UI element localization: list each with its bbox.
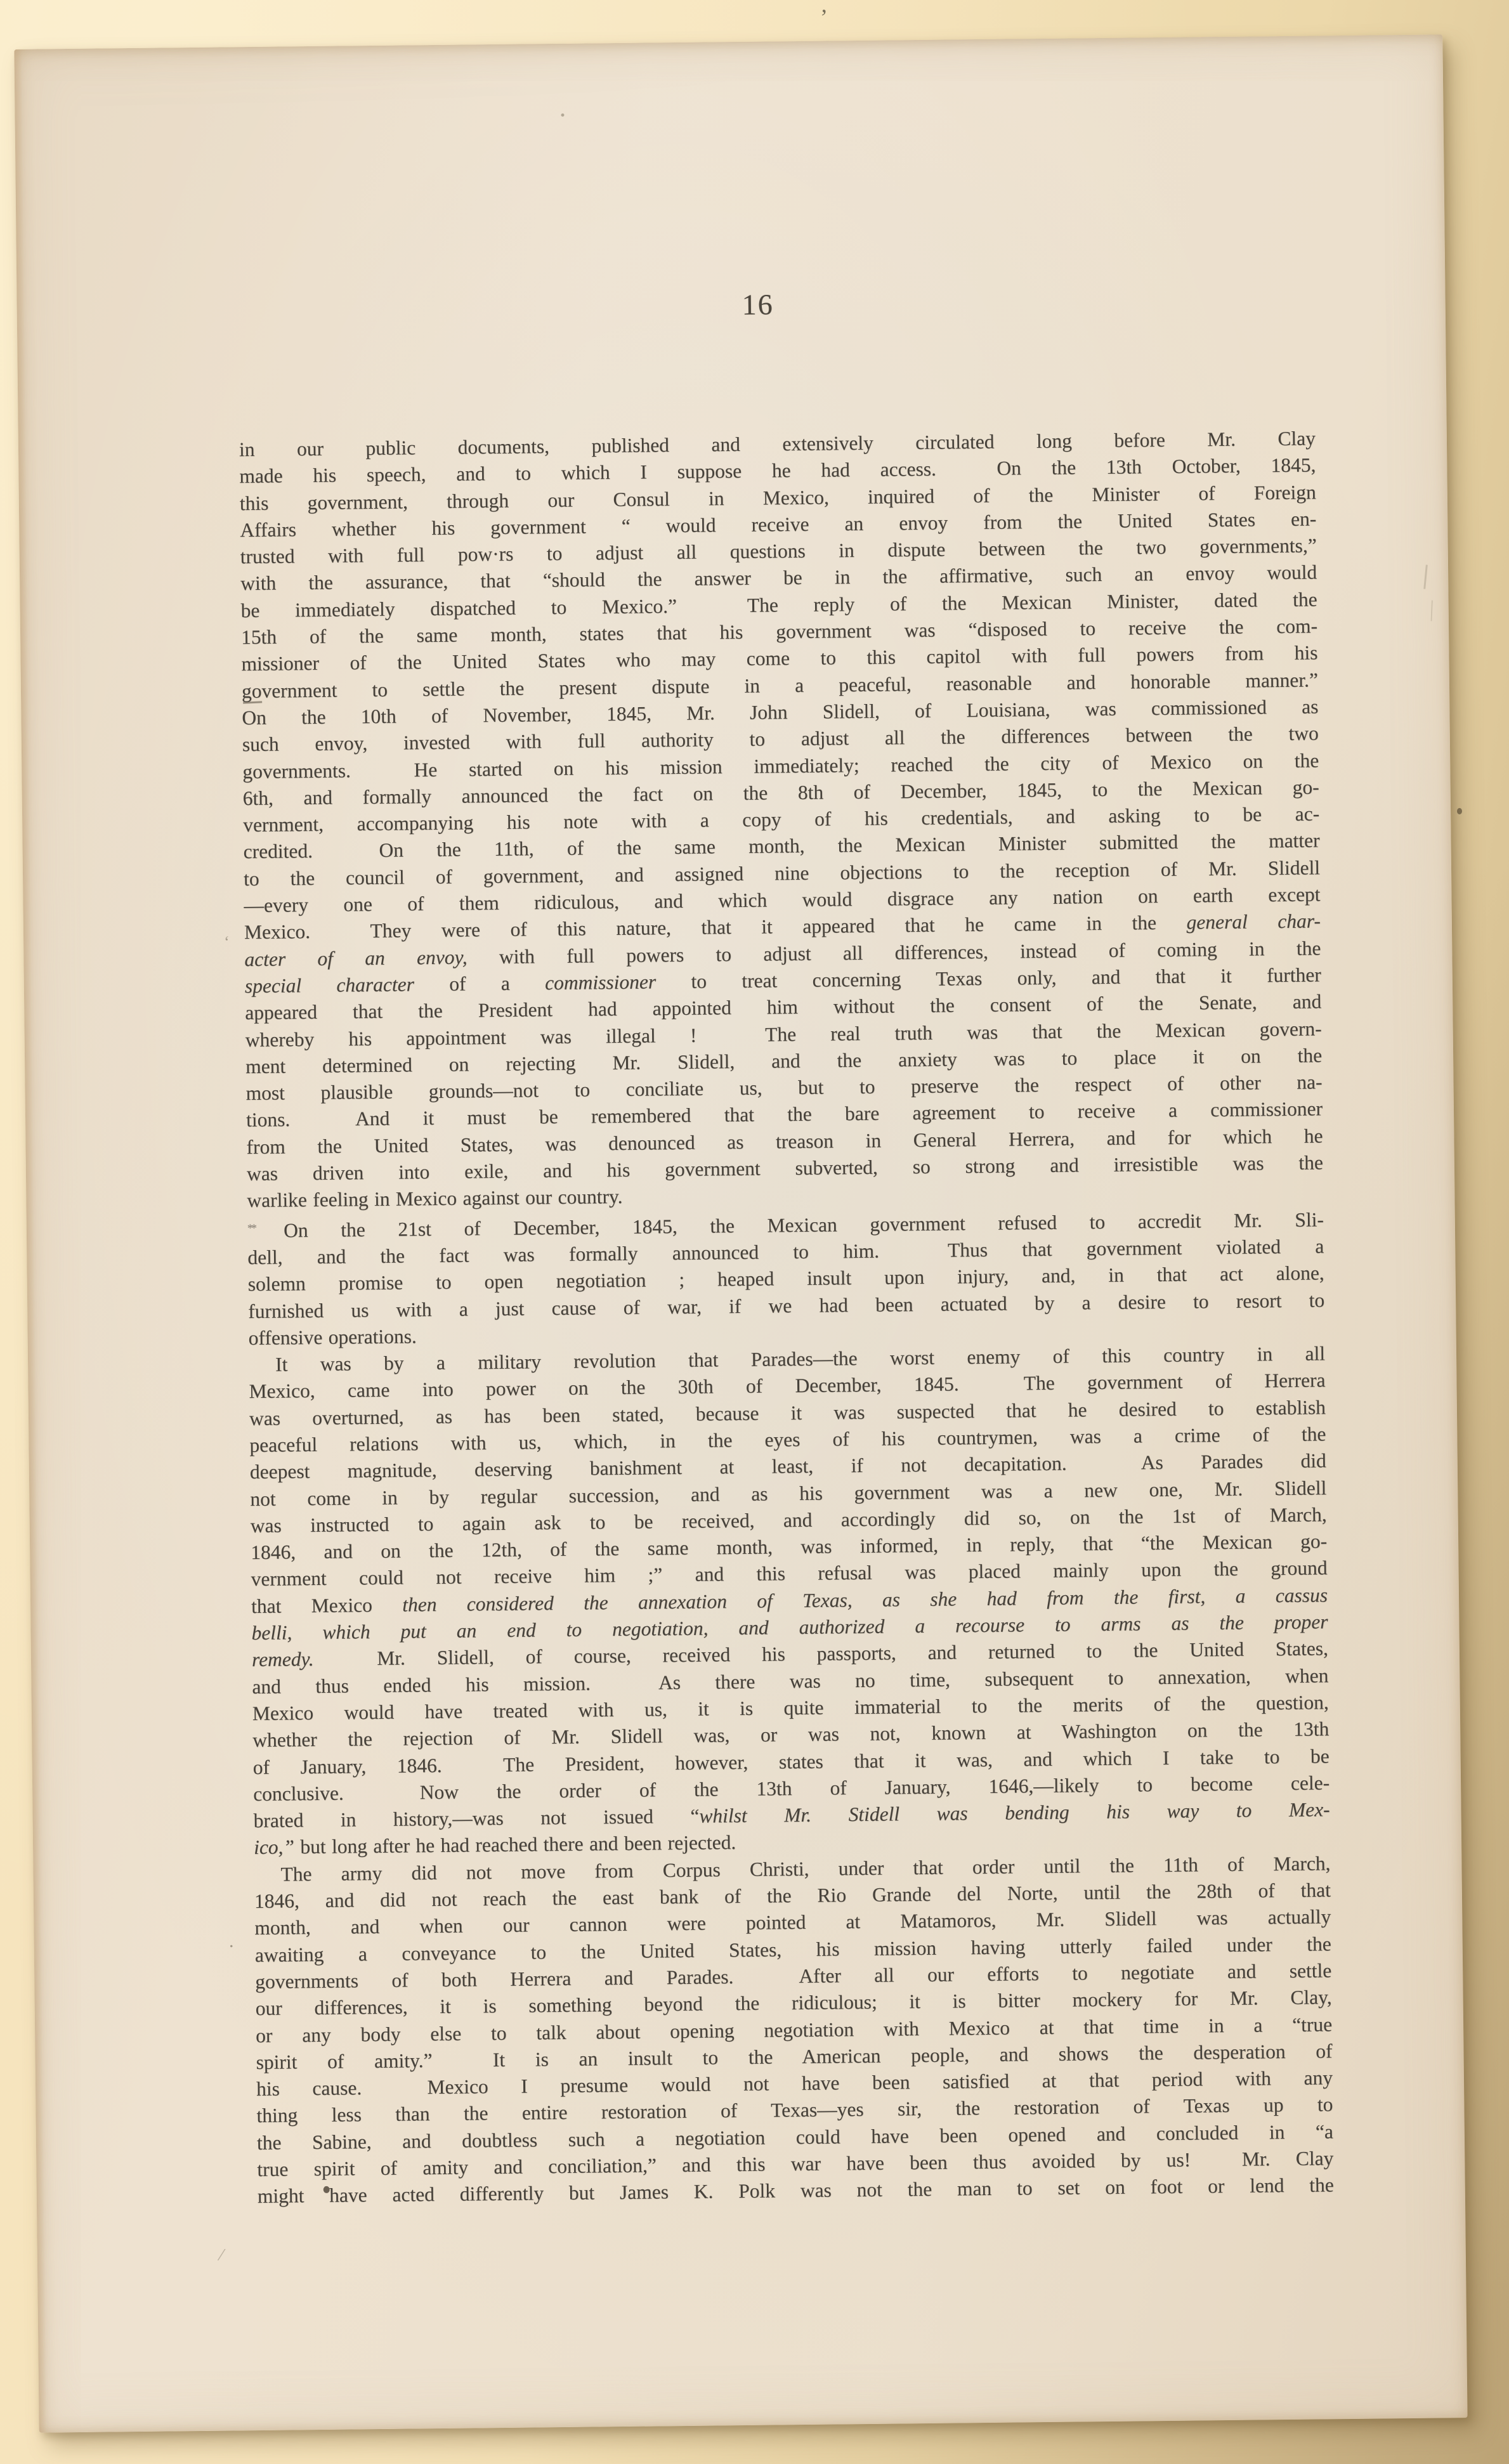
italic-text: ico,”	[254, 1836, 294, 1859]
document-page: 16 in our public documents, published an…	[14, 34, 1467, 2432]
pencil-stroke: |	[1421, 559, 1430, 590]
stray-slash-mark: /	[216, 2244, 226, 2266]
stray-dot-mark: ·	[228, 1936, 235, 1957]
paper-speck	[561, 114, 564, 117]
scan-backing: { "colors": { "ink": "#46413a", "paper":…	[0, 0, 1509, 2464]
italic-text: general char-	[1186, 910, 1321, 934]
body-text: brated in history,—was not issued “	[253, 1805, 699, 1832]
dark-speck	[1457, 808, 1462, 814]
margin-mark: **	[247, 1221, 284, 1234]
italic-text: special character	[245, 973, 414, 997]
italic-text: whilst Mr. Stidell was bending his way t…	[699, 1798, 1330, 1827]
stray-apostrophe-mark: ‘	[224, 932, 230, 951]
body-text: to treat concerning Texas only, and that…	[656, 963, 1321, 993]
italic-text: acter of an envoy,	[244, 946, 467, 970]
text-block: in our public documents, published and e…	[239, 425, 1334, 2210]
body-text: offensive operations.	[248, 1325, 416, 1349]
italic-text: remedy.	[252, 1648, 314, 1671]
italic-text: commissioner	[545, 970, 656, 994]
body-text: that Mexico	[251, 1593, 402, 1617]
body-text: but long after he had reached there and …	[294, 1832, 736, 1858]
stray-quote-mark: ’	[820, 4, 828, 30]
pencil-stroke: |	[1429, 595, 1435, 622]
body-text: warlike feeling in Mexico against our co…	[247, 1185, 622, 1211]
body-text: of a	[414, 972, 545, 995]
page-number: 16	[714, 287, 801, 322]
